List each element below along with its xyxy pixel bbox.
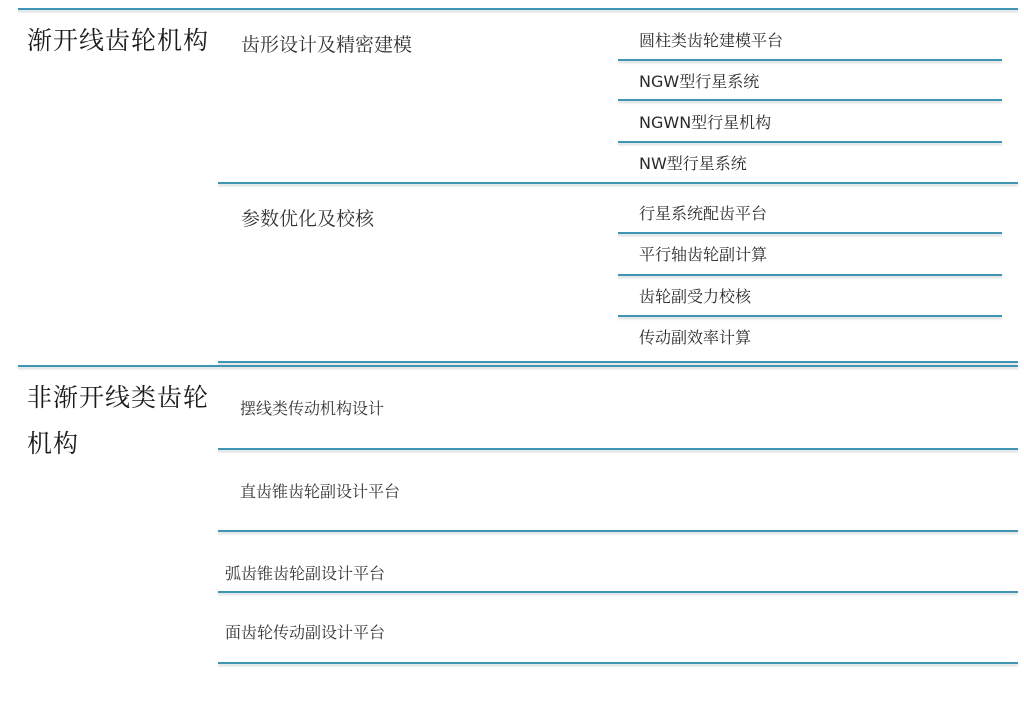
sub-divider bbox=[618, 59, 1002, 61]
item-ngwn-planetary[interactable]: NGWN型行星机构 bbox=[639, 110, 771, 133]
item-efficiency-calc[interactable]: 传动副效率计算 bbox=[639, 325, 751, 348]
category-divider bbox=[218, 448, 1018, 450]
sub-divider bbox=[618, 141, 1002, 143]
item-ngw-planetary[interactable]: NGW型行星系统 bbox=[639, 69, 759, 92]
item-parallel-gear-calc[interactable]: 平行轴齿轮副计算 bbox=[639, 242, 767, 265]
section-divider bbox=[18, 365, 1018, 367]
category-tooth-design[interactable]: 齿形设计及精密建模 bbox=[241, 30, 412, 57]
category-cycloidal-design[interactable]: 摆线类传动机构设计 bbox=[240, 396, 384, 419]
section-title-involute: 渐开线齿轮机构 bbox=[27, 18, 212, 64]
sub-divider bbox=[618, 315, 1002, 317]
item-nw-planetary[interactable]: NW型行星系统 bbox=[639, 151, 747, 174]
category-divider bbox=[218, 361, 1018, 363]
category-parameter-optimization[interactable]: 参数优化及校核 bbox=[241, 204, 374, 231]
item-planetary-tooth-matching[interactable]: 行星系统配齿平台 bbox=[639, 201, 767, 224]
item-gear-force-check[interactable]: 齿轮副受力校核 bbox=[639, 284, 751, 307]
sub-divider bbox=[618, 274, 1002, 276]
category-straight-bevel[interactable]: 直齿锥齿轮副设计平台 bbox=[240, 479, 400, 502]
category-divider bbox=[218, 182, 1018, 184]
category-divider bbox=[218, 662, 1018, 664]
category-spiral-bevel[interactable]: 弧齿锥齿轮副设计平台 bbox=[225, 561, 385, 584]
category-face-gear[interactable]: 面齿轮传动副设计平台 bbox=[225, 620, 385, 643]
top-divider bbox=[18, 8, 1018, 10]
category-divider bbox=[218, 530, 1018, 532]
section-title-non-involute: 非渐开线类齿轮机构 bbox=[27, 375, 212, 467]
category-divider bbox=[218, 591, 1018, 593]
sub-divider bbox=[618, 232, 1002, 234]
sub-divider bbox=[618, 99, 1002, 101]
item-cylindrical-modeling[interactable]: 圆柱类齿轮建模平台 bbox=[639, 28, 783, 51]
